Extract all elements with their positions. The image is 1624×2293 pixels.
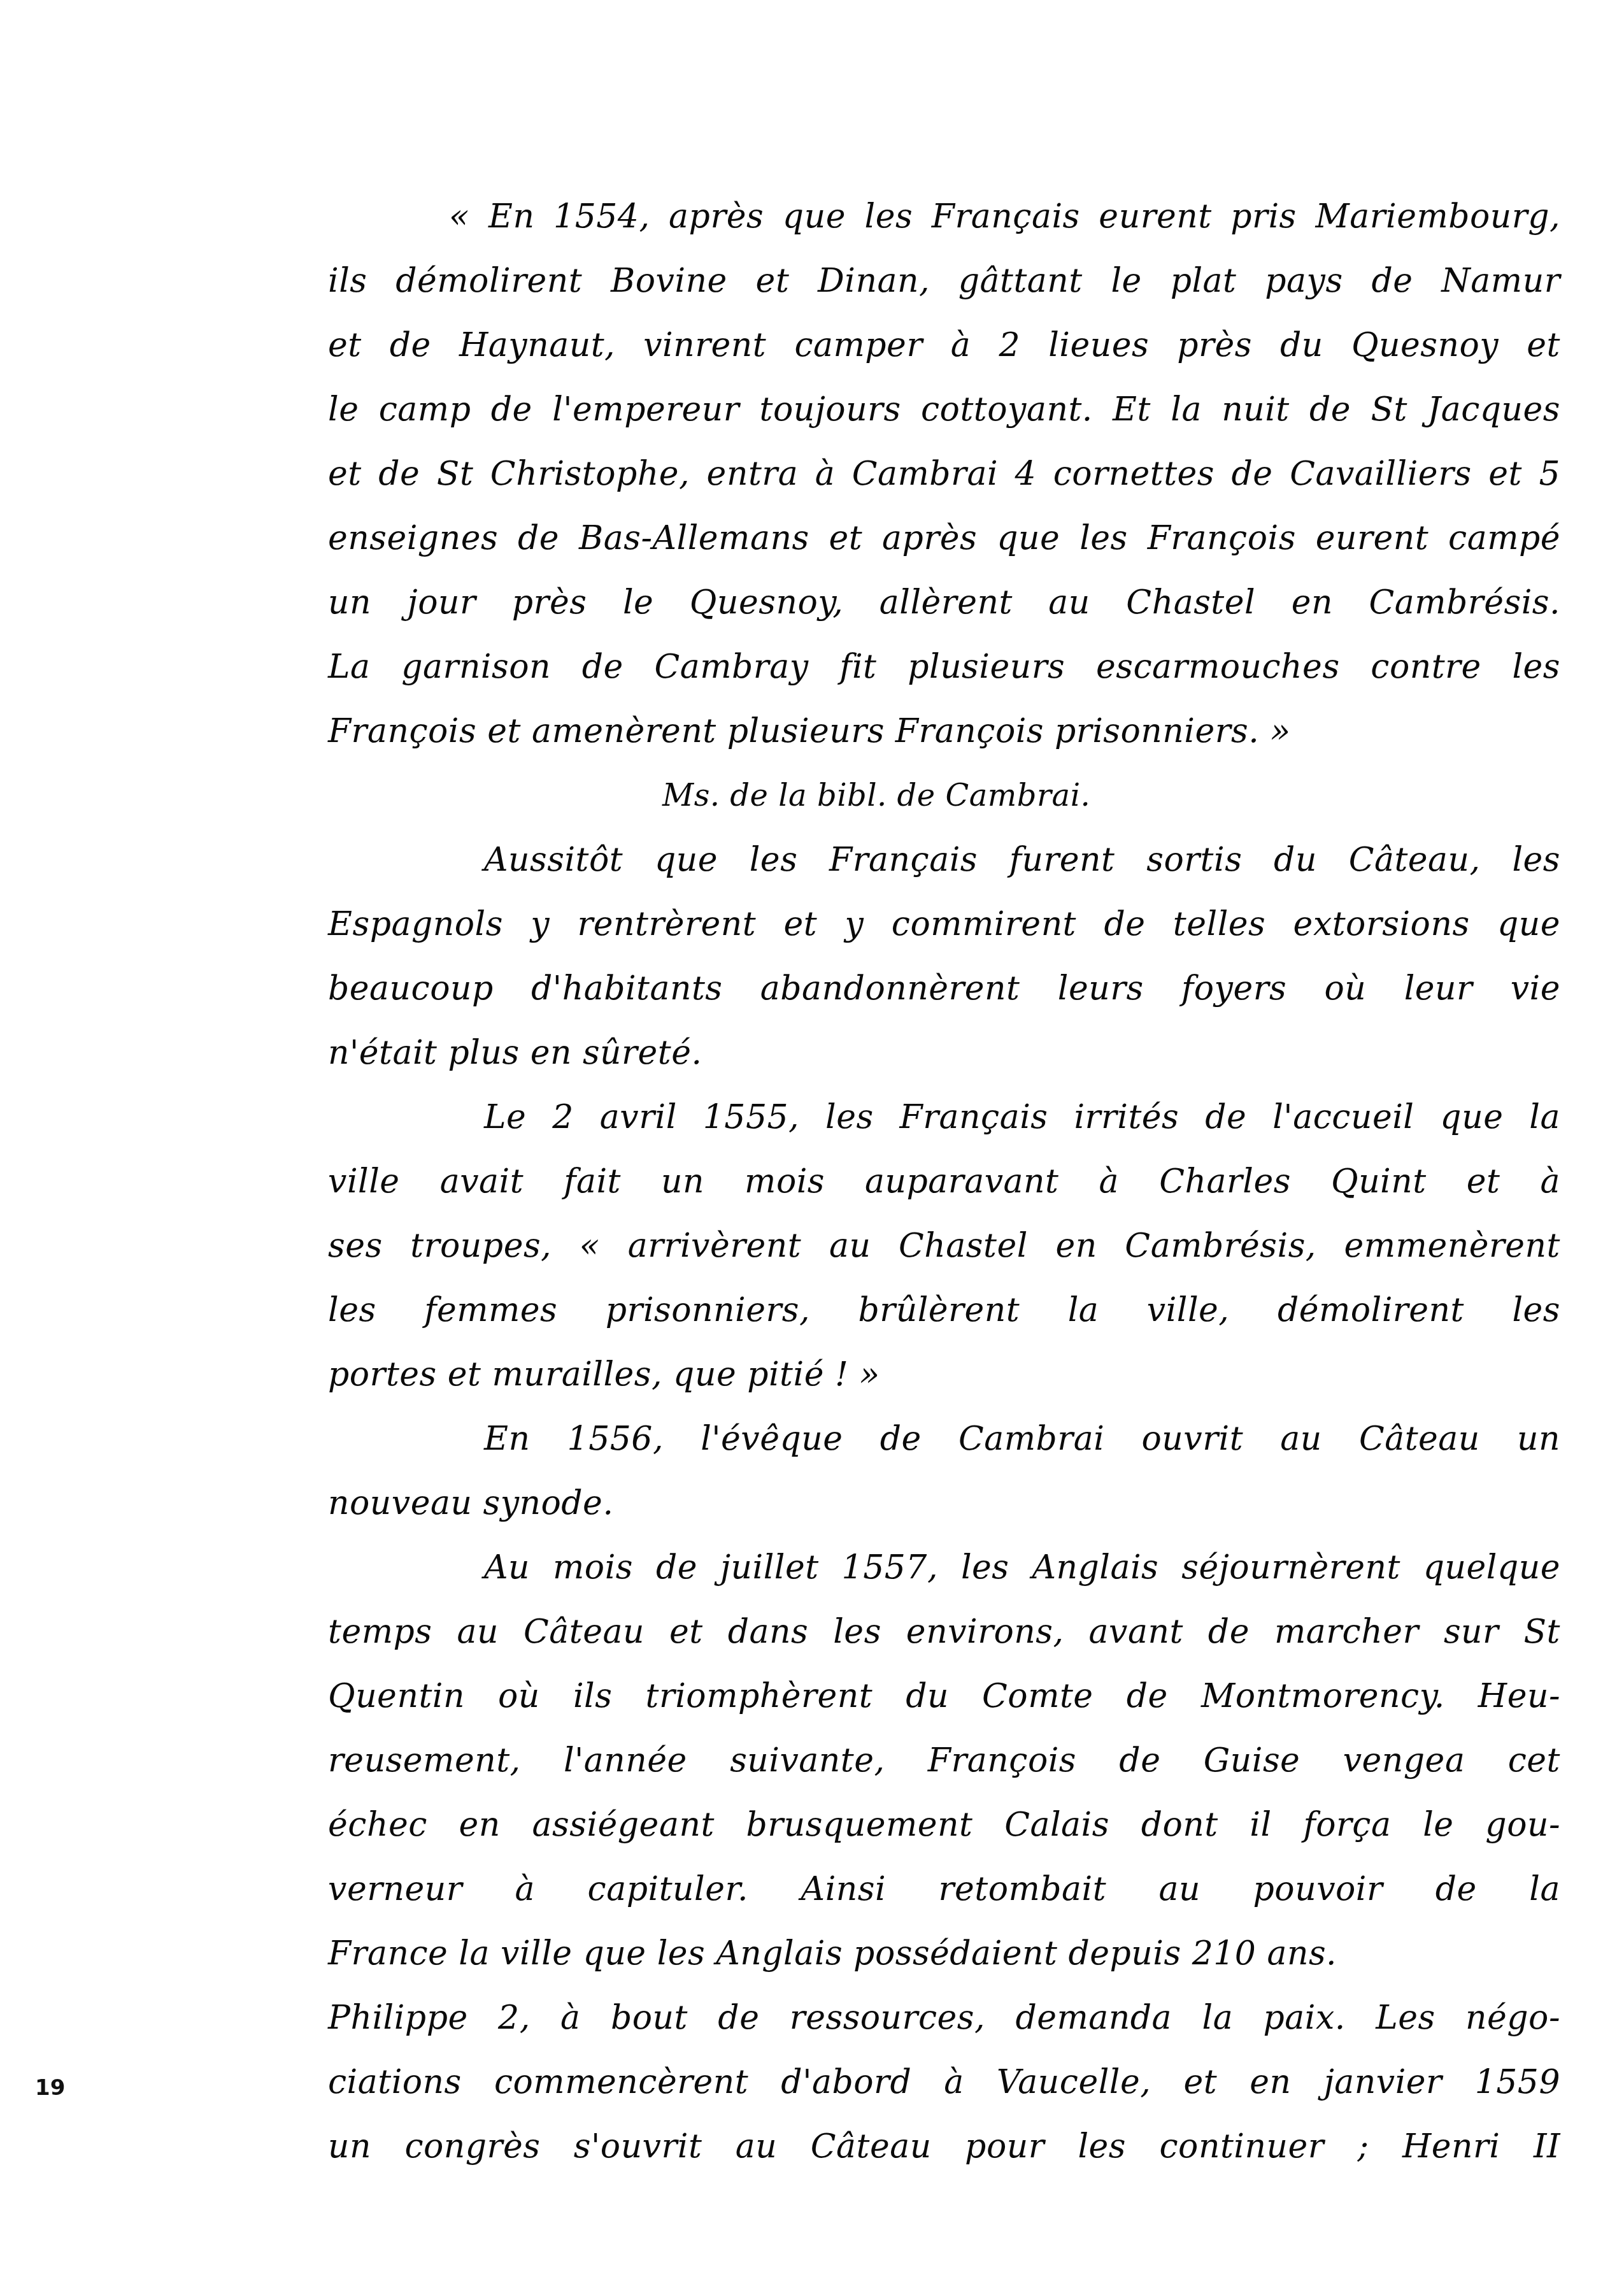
manuscript-text: « En 1554, après que les Français eurent… — [328, 185, 1560, 2179]
manuscript-line: ils démolirent Bovine et Dinan, gâttant … — [328, 249, 1560, 313]
manuscript-line: France la ville que les Anglais possédai… — [328, 1922, 1560, 1986]
manuscript-line: Aussitôt que les Français furent sortis … — [328, 828, 1560, 892]
manuscript-line: portes et murailles, que pitié ! » — [328, 1343, 1560, 1407]
manuscript-line: ciations commencèrent d'abord à Vaucelle… — [328, 2050, 1560, 2115]
manuscript-line: n'était plus en sûreté. — [328, 1021, 1560, 1085]
manuscript-line: Au mois de juillet 1557, les Anglais séj… — [328, 1536, 1560, 1600]
manuscript-line: En 1556, l'évêque de Cambrai ouvrit au C… — [328, 1407, 1560, 1471]
manuscript-line: ses troupes, « arrivèrent au Chastel en … — [328, 1214, 1560, 1278]
source-citation: Ms. de la bibl. de Cambrai. — [328, 764, 1560, 828]
manuscript-line: François et amenèrent plusieurs François… — [328, 699, 1560, 764]
manuscript-line: nouveau synode. — [328, 1471, 1560, 1536]
manuscript-line: Le 2 avril 1555, les Français irrités de… — [328, 1085, 1560, 1150]
manuscript-line: verneur à capituler. Ainsi retombait au … — [328, 1857, 1560, 1922]
manuscript-line: enseignes de Bas-Allemans et après que l… — [328, 506, 1560, 571]
manuscript-line: et de St Christophe, entra à Cambrai 4 c… — [328, 442, 1560, 506]
manuscript-line: un jour près le Quesnoy, allèrent au Cha… — [328, 571, 1560, 635]
manuscript-line: Philippe 2, à bout de ressources, demand… — [328, 1986, 1560, 2050]
manuscript-line: beaucoup d'habitants abandonnèrent leurs… — [328, 957, 1560, 1021]
manuscript-line: ville avait fait un mois auparavant à Ch… — [328, 1150, 1560, 1214]
manuscript-line: « En 1554, après que les Français eurent… — [328, 185, 1560, 249]
manuscript-line: le camp de l'empereur toujours cottoyant… — [328, 378, 1560, 442]
manuscript-line: temps au Câteau et dans les environs, av… — [328, 1600, 1560, 1664]
manuscript-line: un congrès s'ouvrit au Câteau pour les c… — [328, 2115, 1560, 2179]
manuscript-line: échec en assiégeant brusquement Calais d… — [328, 1793, 1560, 1857]
manuscript-page: « En 1554, après que les Français eurent… — [0, 0, 1624, 2293]
manuscript-line: reusement, l'année suivante, François de… — [328, 1729, 1560, 1793]
manuscript-line: et de Haynaut, vinrent camper à 2 lieues… — [328, 313, 1560, 378]
page-number: 19 — [35, 2075, 65, 2101]
manuscript-line: Quentin où ils triomphèrent du Comte de … — [328, 1664, 1560, 1729]
manuscript-line: La garnison de Cambray fit plusieurs esc… — [328, 635, 1560, 699]
manuscript-line: Espagnols y rentrèrent et y commirent de… — [328, 892, 1560, 957]
manuscript-line: les femmes prisonniers, brûlèrent la vil… — [328, 1278, 1560, 1343]
